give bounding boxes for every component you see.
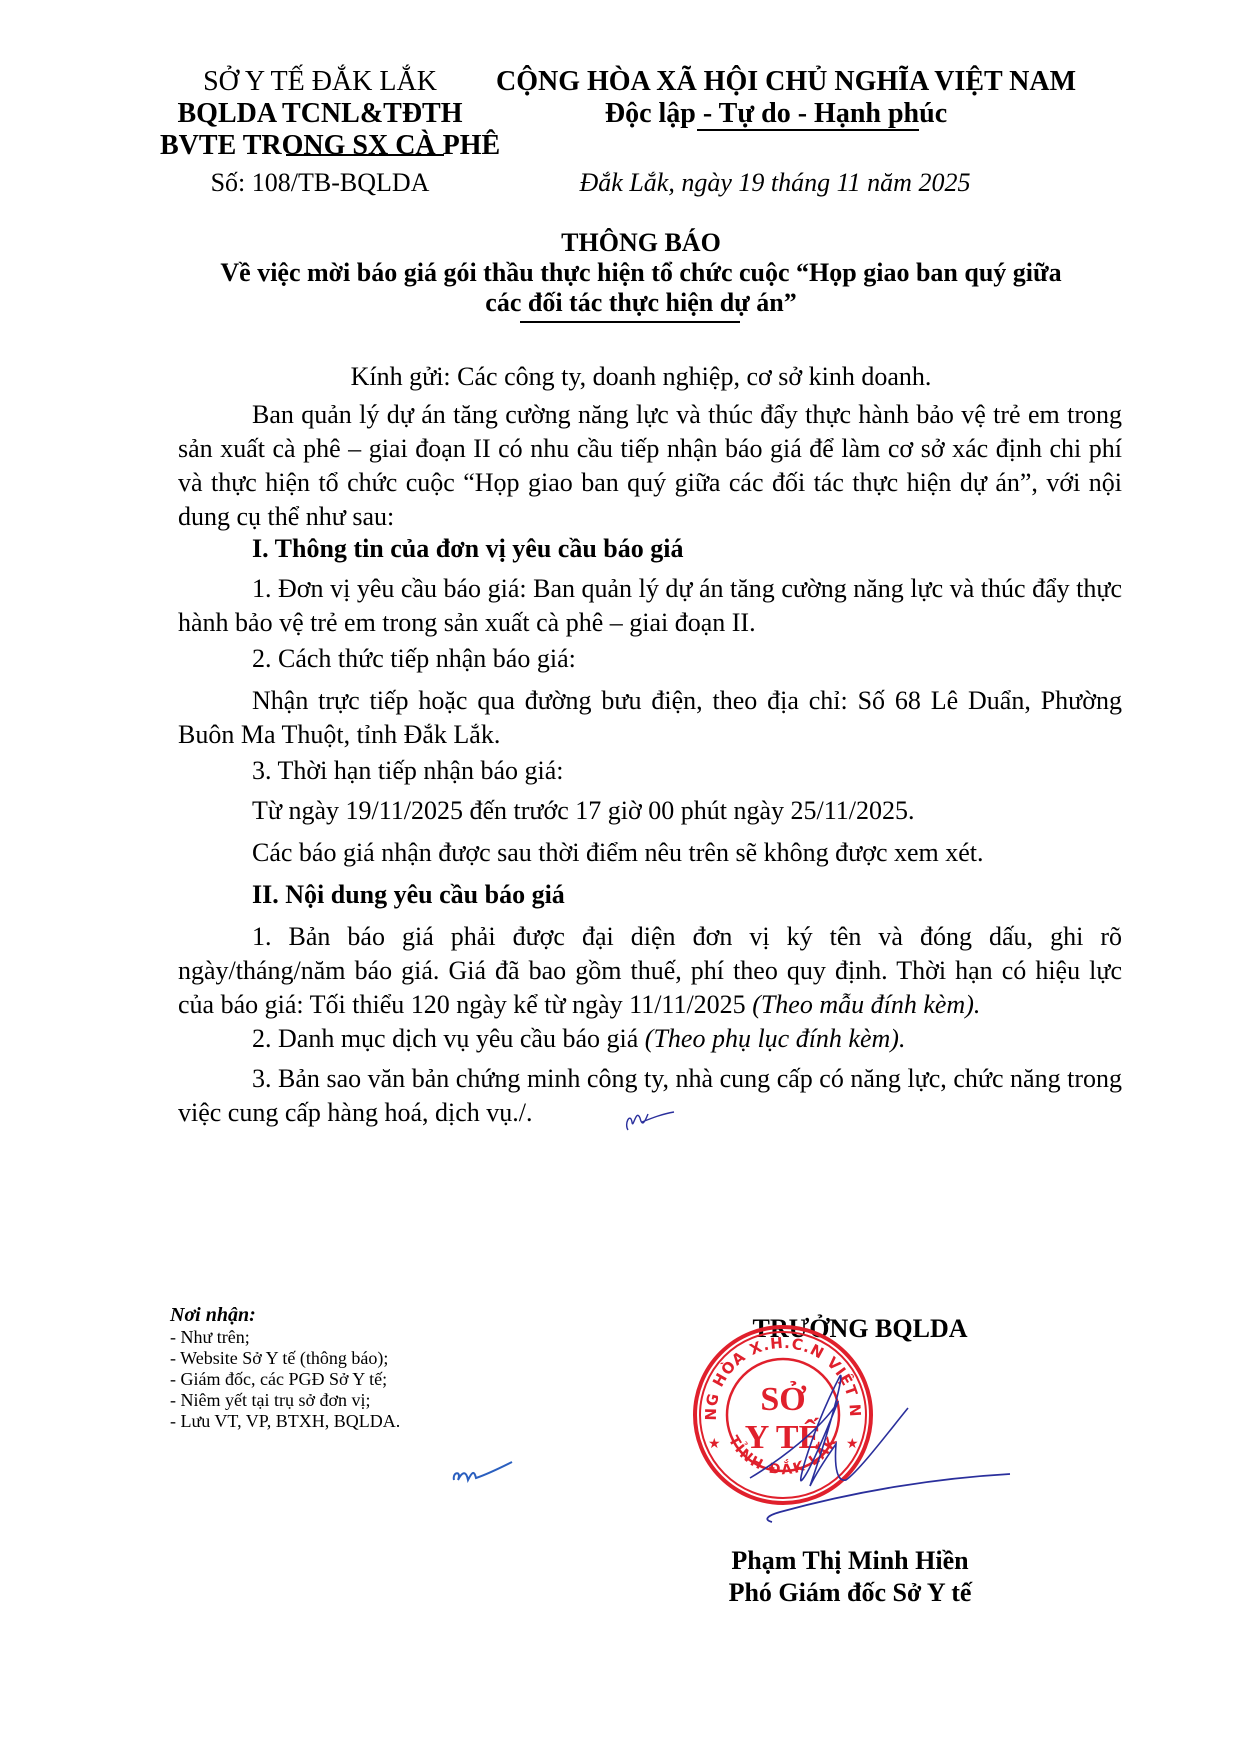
motto: Độc lập - Tự do - Hạnh phúc xyxy=(496,98,1056,130)
nation-title: CỘNG HÒA XÃ HỘI CHỦ NGHĨA VIỆT NAM xyxy=(496,66,1056,98)
addressee: Kính gửi: Các công ty, doanh nghiệp, cơ … xyxy=(160,360,1122,394)
doc-subject-line1: Về việc mời báo giá gói thầu thực hiện t… xyxy=(160,258,1122,288)
svg-text:★: ★ xyxy=(708,1437,721,1452)
header-left-underline xyxy=(286,154,444,156)
motto-underline xyxy=(697,129,919,131)
recipients-label: Nơi nhận: xyxy=(170,1303,400,1327)
section2-heading: II. Nội dung yêu cầu báo giá xyxy=(178,878,1122,912)
doc-subject-line2: các đối tác thực hiện dự án” xyxy=(160,288,1122,318)
unit-name-line2: BVTE TRONG SX CÀ PHÊ xyxy=(160,130,480,162)
doc-title: THÔNG BÁO xyxy=(160,228,1122,258)
section1-item2-label: 2. Cách thức tiếp nhận báo giá: xyxy=(178,642,1122,676)
signer-name: Phạm Thị Minh Hiền xyxy=(640,1544,1060,1578)
unit-name-line1: BQLDA TCNL&TĐTH xyxy=(160,98,480,130)
signer-position: Phó Giám đốc Sở Y tế xyxy=(640,1576,1060,1610)
section2-item1: 1. Bản báo giá phải được đại diện đơn vị… xyxy=(178,920,1122,1022)
recipient-item: - Giám đốc, các PGĐ Sở Y tế; xyxy=(170,1369,400,1390)
handwritten-signature xyxy=(740,1370,1030,1540)
place-date: Đắk Lắk, ngày 19 tháng 11 năm 2025 xyxy=(540,167,1010,199)
section1-item3-note: Các báo giá nhận được sau thời điểm nêu … xyxy=(178,836,1122,870)
agency-name: SỞ Y TẾ ĐẮK LẮK xyxy=(160,66,480,98)
recipient-item: - Lưu VT, VP, BTXH, BQLDA. xyxy=(170,1411,400,1432)
initials-mark xyxy=(618,1104,678,1138)
intro-paragraph: Ban quản lý dự án tăng cường năng lực và… xyxy=(178,398,1122,534)
title-underline xyxy=(520,321,740,323)
section1-heading: I. Thông tin của đơn vị yêu cầu báo giá xyxy=(178,532,1122,566)
recipients-block: Nơi nhận: - Như trên; - Website Sở Y tế … xyxy=(170,1303,400,1432)
section1-item3-label: 3. Thời hạn tiếp nhận báo giá: xyxy=(178,754,1122,788)
doc-number: Số: 108/TB-BQLDA xyxy=(160,167,480,199)
section1-item3-text: Từ ngày 19/11/2025 đến trước 17 giờ 00 p… xyxy=(178,794,1122,828)
section2-item2: 2. Danh mục dịch vụ yêu cầu báo giá (The… xyxy=(178,1022,1122,1056)
recipient-item: - Như trên; xyxy=(170,1327,400,1348)
section1-item1: 1. Đơn vị yêu cầu báo giá: Ban quản lý d… xyxy=(178,572,1122,640)
initials-mark xyxy=(448,1458,518,1488)
section1-item2-text: Nhận trực tiếp hoặc qua đường bưu điện, … xyxy=(178,684,1122,752)
header-left: SỞ Y TẾ ĐẮK LẮK BQLDA TCNL&TĐTH BVTE TRO… xyxy=(160,66,480,162)
recipient-item: - Website Sở Y tế (thông báo); xyxy=(170,1348,400,1369)
recipient-item: - Niêm yết tại trụ sở đơn vị; xyxy=(170,1390,400,1411)
